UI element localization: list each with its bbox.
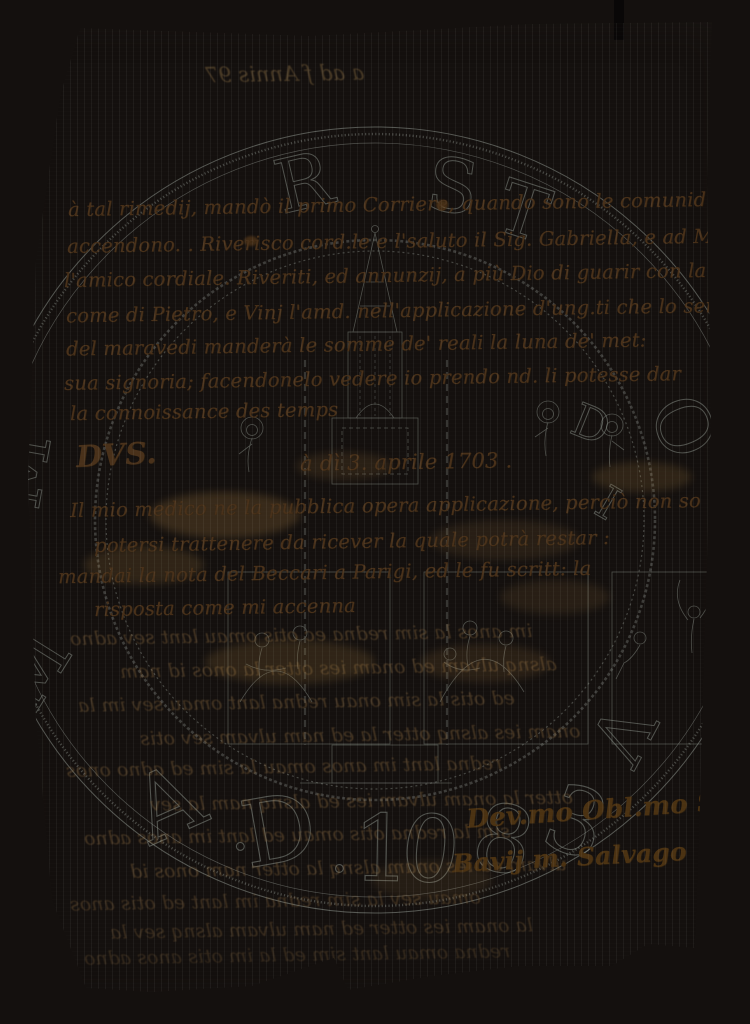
bleedthrough-line: redna lant im anos omau la sim ed adno o… xyxy=(66,752,503,782)
watermark-ring-letter: D xyxy=(564,392,618,456)
bleedthrough-line: onam ies alsnq otter la ed nam ulvam sev… xyxy=(140,720,581,750)
manuscript-line: accendono. . Riverisco cord.le e l'salut… xyxy=(67,223,750,258)
watermark-ring-letter: S xyxy=(421,141,483,233)
shrine-panel xyxy=(612,572,738,744)
kneeling-figure xyxy=(616,632,646,679)
bleedthrough-line: sim la redna otis omau ed lant im anos a… xyxy=(84,820,511,849)
paper-sheet: M R S T O D I V M A . D . 1 0 8 3 xyxy=(0,0,750,1024)
bleedthrough-line: alsnq ulvam ed onam ies otter la onos id… xyxy=(120,653,557,683)
saint-figure xyxy=(239,417,263,472)
closing-flourish: DVS. xyxy=(75,436,157,475)
ink-stain xyxy=(592,462,692,492)
manuscript-line: la connoissance des temps xyxy=(70,398,339,425)
manuscript-line: l'amico cordiale. Riveriti, ed annunzij,… xyxy=(64,259,707,292)
dateline: à dì 3. aprile 1703 . xyxy=(300,448,513,475)
watermark-ring-letter: O xyxy=(631,383,733,471)
ink-stain xyxy=(500,580,610,614)
manuscript-line: del maravedi manderà le somme de' reali … xyxy=(66,328,647,360)
bleedthrough-line: ed otis la sim onau redna lant omau sev … xyxy=(78,687,515,717)
watermark-ring-letter: M xyxy=(0,426,69,516)
signature-line: Bavij m. Salvago xyxy=(451,837,687,878)
manuscript-line: sua signoria; facendonelo vedere io pren… xyxy=(64,362,681,395)
watermark-ring-letter: V xyxy=(570,689,672,779)
manuscript-line: potersi trattenere da ricever la quale p… xyxy=(94,526,610,557)
bleedthrough-line: la onam ies otter ed nam ulvam alsnq sev… xyxy=(110,914,533,943)
bleedthrough-line: im anos la sim redna ec otis omau lant s… xyxy=(70,620,533,650)
saint-figure xyxy=(601,414,624,467)
manuscript-line: come di Pietro, e Vinj l'amd. nell'appli… xyxy=(66,294,745,328)
bleedthrough-line: omau sev la sim redna im lant ed otis an… xyxy=(70,886,481,915)
bleedthrough-line: a ad f Annis 97 xyxy=(205,61,365,88)
bleedthrough-line: redna omau lant sim ed la im otis anos a… xyxy=(84,940,511,969)
manuscript-line: mandai la nota del Beccari a Parigi, ed … xyxy=(58,557,592,588)
manuscript-line: risposta come mi accenna xyxy=(94,594,356,621)
manuscript-line: Il mio medico ne la pubblica opera appli… xyxy=(70,489,701,522)
manuscript-line: à tal rimedij, mandò il primo Corriere, … xyxy=(68,188,713,221)
angel-figure xyxy=(677,570,712,653)
saint-figure xyxy=(535,401,559,456)
